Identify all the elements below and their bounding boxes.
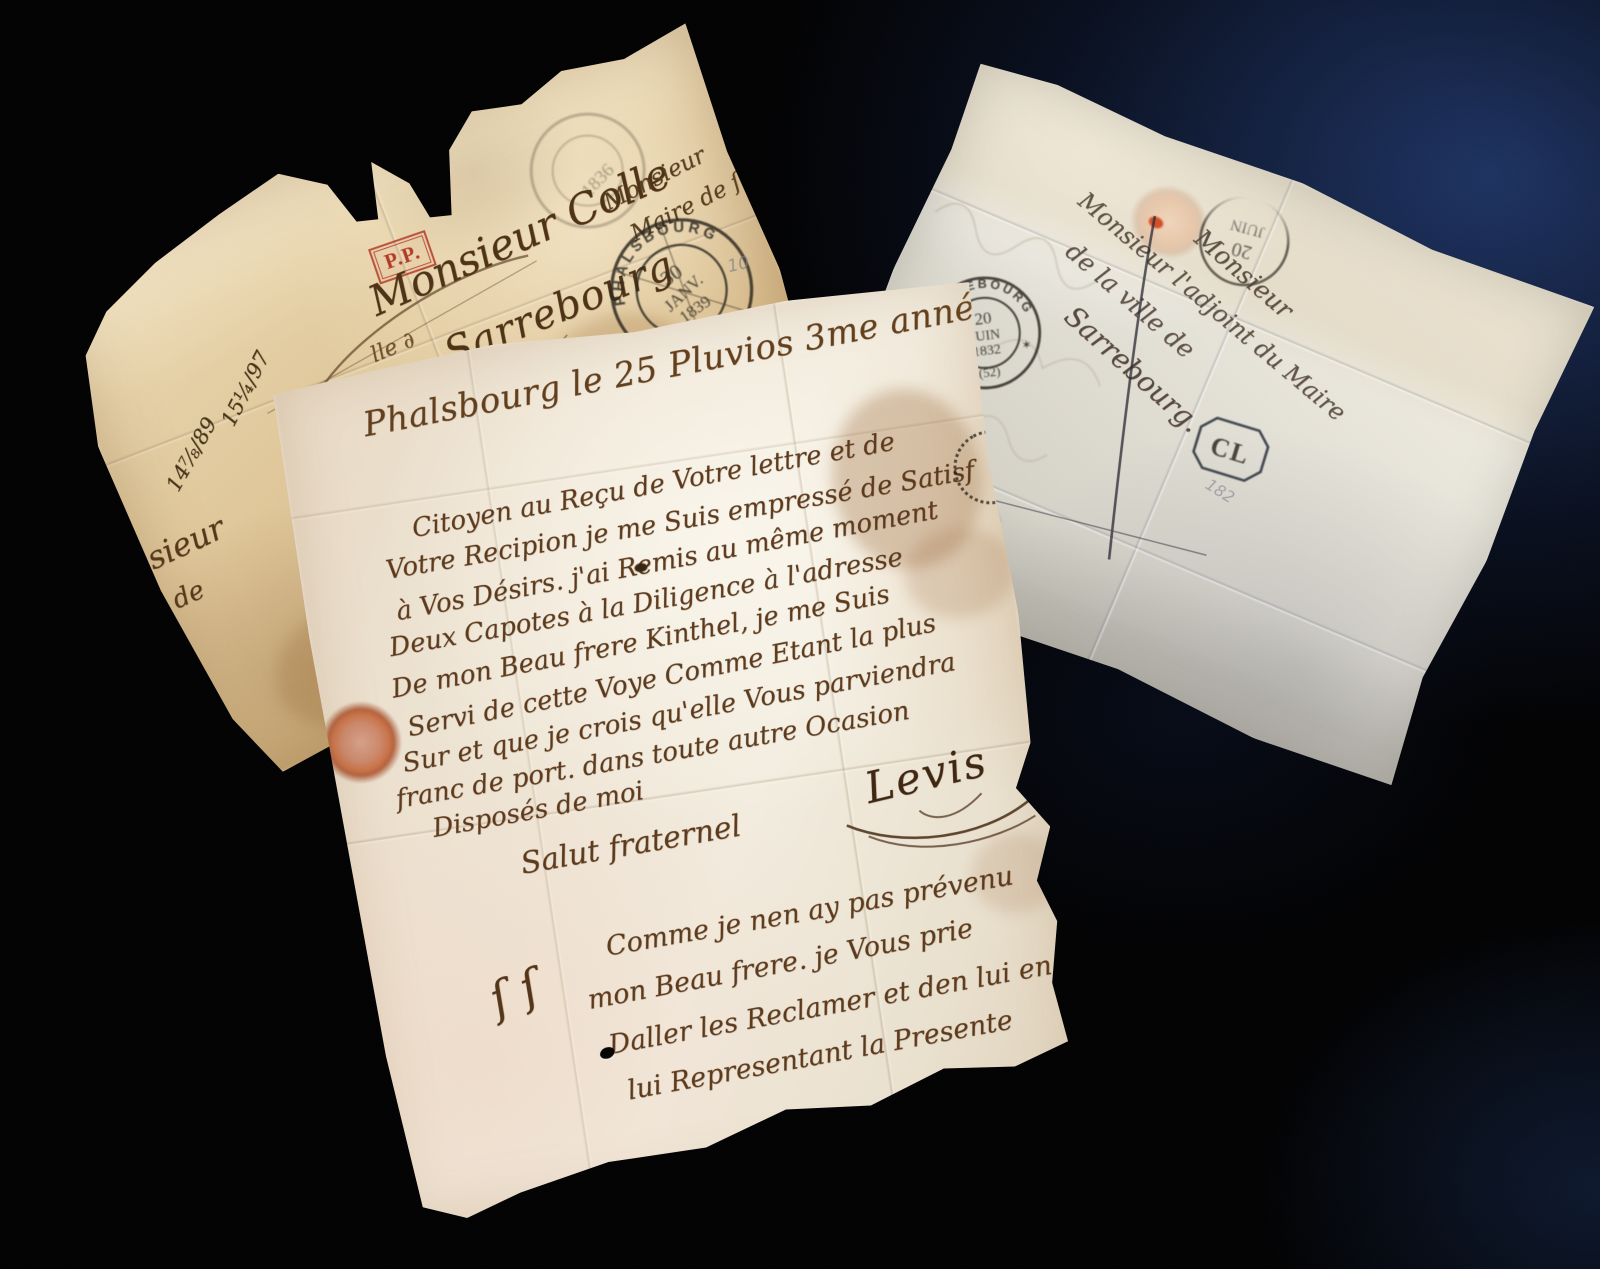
postmark-dept: (52) — [978, 363, 1001, 381]
fold-crease — [291, 412, 989, 522]
letter-body-line: Disposés de moi — [431, 778, 646, 843]
svg-text:PHALSBOURG: PHALSBOURG — [586, 193, 726, 313]
postmark-inner-ring — [537, 120, 639, 222]
arrival-datestamp: 20 JUIN — [1185, 182, 1303, 300]
letter-body-line: Citoyen au Reçu de Votre lettre et de — [410, 429, 897, 543]
address-line: Monsieur l'adjoint du Maire — [1073, 188, 1350, 426]
letter-body-line: franc de port. dans toute autre Ocasion — [394, 698, 912, 814]
fold-crease — [772, 302, 905, 1153]
cl-stamp-label: CL — [1207, 431, 1254, 470]
paper-hole — [598, 1045, 616, 1061]
folded-script-fragment: lle ∂ — [368, 328, 419, 367]
address-courtesy-line: Monsieur — [600, 143, 710, 215]
letter-signature: Levis — [861, 739, 992, 812]
letter-closing: Salut fraternel — [518, 811, 743, 881]
address-line: Sarrebourg. — [1059, 301, 1207, 438]
address-line: Monsieur — [1189, 225, 1297, 324]
letter-body-line: Sur et que je crois qu'elle Vous parvien… — [401, 649, 958, 778]
letter-body-line: Votre Recipion je me Suis empressé de Sa… — [384, 458, 977, 585]
address-line: de la ville de — [1061, 238, 1200, 364]
arrival-stamp-day: 20 — [1229, 237, 1254, 263]
postscript-line: mon Beau frere. je Vous prie — [585, 915, 975, 1016]
paper-stain — [820, 379, 995, 579]
ink-blot — [634, 562, 648, 573]
photo-scene: 1836 P.P. Monsieur Colle Monsieur Maire … — [0, 0, 1600, 1269]
letter-body-line: à Vos Désirs. j'ai Remis au même moment — [394, 497, 940, 626]
postmark-month: JANV. — [660, 270, 706, 315]
registry-fraction-note: 14⅞∕89 — [162, 414, 220, 495]
postscript-line: Comme je nen ay pas prévenu — [604, 862, 1016, 962]
signature-flourish — [832, 775, 1050, 875]
registry-fraction-note: 15¼∕97 — [217, 348, 273, 430]
postmark-star-right: ✶ — [1021, 337, 1033, 352]
fold-crease — [1083, 178, 1296, 668]
letter-body-line: De mon Beau frere Kinthel, je me Suis — [390, 581, 893, 704]
postscript-line: Daller les Reclamer et den lui en — [606, 952, 1054, 1060]
address-title-line: Maire de ſ — [627, 170, 746, 246]
letter-body-line: Servi de cette Voye Comme Etant la plus — [405, 610, 938, 742]
faded-postmark-1836: 1836 — [506, 89, 670, 253]
postmark-town-arc: PHALSBOURG — [586, 193, 726, 313]
postmark-outer-ring — [506, 89, 670, 253]
arrival-stamp-month: JUIN — [1228, 215, 1266, 241]
fold-crease — [340, 738, 1038, 848]
postmark-year: 1836 — [550, 132, 646, 231]
pencil-note: 182 — [1202, 476, 1237, 506]
pp-paid-stamp: P.P. — [368, 230, 437, 285]
wax-seal-remnant — [1117, 170, 1220, 274]
cl-decime-stamp: CL — [1186, 410, 1276, 488]
paper-stain — [899, 520, 1021, 625]
pp-paid-stamp-label: P.P. — [373, 235, 432, 279]
letter-body-line: Deux Capotes à la Diligence à l'adresse — [387, 544, 905, 662]
postmark-day: 20 — [973, 308, 992, 329]
fold-crease — [465, 348, 598, 1199]
manuscript-rate-note: 10 — [726, 255, 751, 277]
postscript-mark: ſ ſ — [483, 962, 546, 1024]
postmark-day: 30 — [656, 259, 687, 291]
